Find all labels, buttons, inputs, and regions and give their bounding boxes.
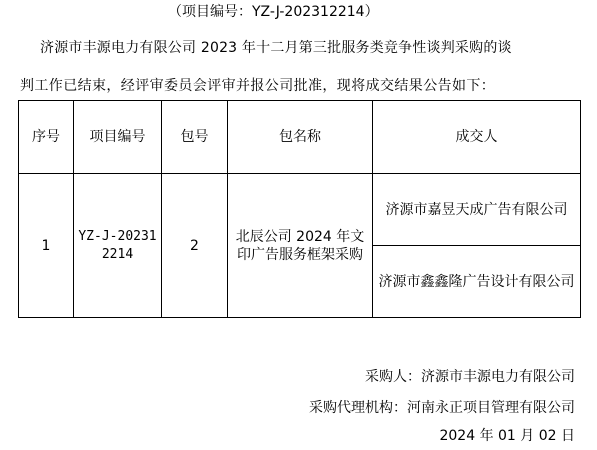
agency-line: 采购代理机构：河南永正项目管理有限公司: [309, 400, 575, 416]
cell-project-no: YZ-J-202312214: [74, 174, 162, 318]
cell-winner-1: 济源市嘉昱天成广告有限公司: [373, 174, 581, 246]
intro-paragraph-line-2: 判工作已结束，经评审委员会评审并报公司批准，现将成交结果公告如下：: [20, 78, 495, 94]
header-package-no: 包号: [162, 101, 228, 174]
result-table: 序号 项目编号 包号 包名称 成交人 1 YZ-J-202312214 2 北辰…: [18, 100, 581, 318]
header-project-no: 项目编号: [74, 101, 162, 174]
project-number-line: （项目编号：YZ-J-202312214）: [168, 4, 379, 20]
cell-winner-2: 济源市鑫鑫隆广告设计有限公司: [373, 246, 581, 318]
cell-package-no: 2: [162, 174, 228, 318]
table-header-row: 序号 项目编号 包号 包名称 成交人: [19, 101, 581, 174]
header-package-name: 包名称: [228, 101, 373, 174]
cell-seq: 1: [19, 174, 74, 318]
purchaser-line: 采购人：济源市丰源电力有限公司: [365, 369, 575, 385]
cell-package-name: 北辰公司 2024 年文印广告服务框架采购: [228, 174, 373, 318]
header-seq: 序号: [19, 101, 74, 174]
date-line: 2024 年 01 月 02 日: [439, 428, 575, 444]
header-winner: 成交人: [373, 101, 581, 174]
table-row: 1 YZ-J-202312214 2 北辰公司 2024 年文印广告服务框架采购…: [19, 174, 581, 246]
intro-paragraph-line-1: 济源市丰源电力有限公司 2023 年十二月第三批服务类竞争性谈判采购的谈: [40, 40, 512, 56]
